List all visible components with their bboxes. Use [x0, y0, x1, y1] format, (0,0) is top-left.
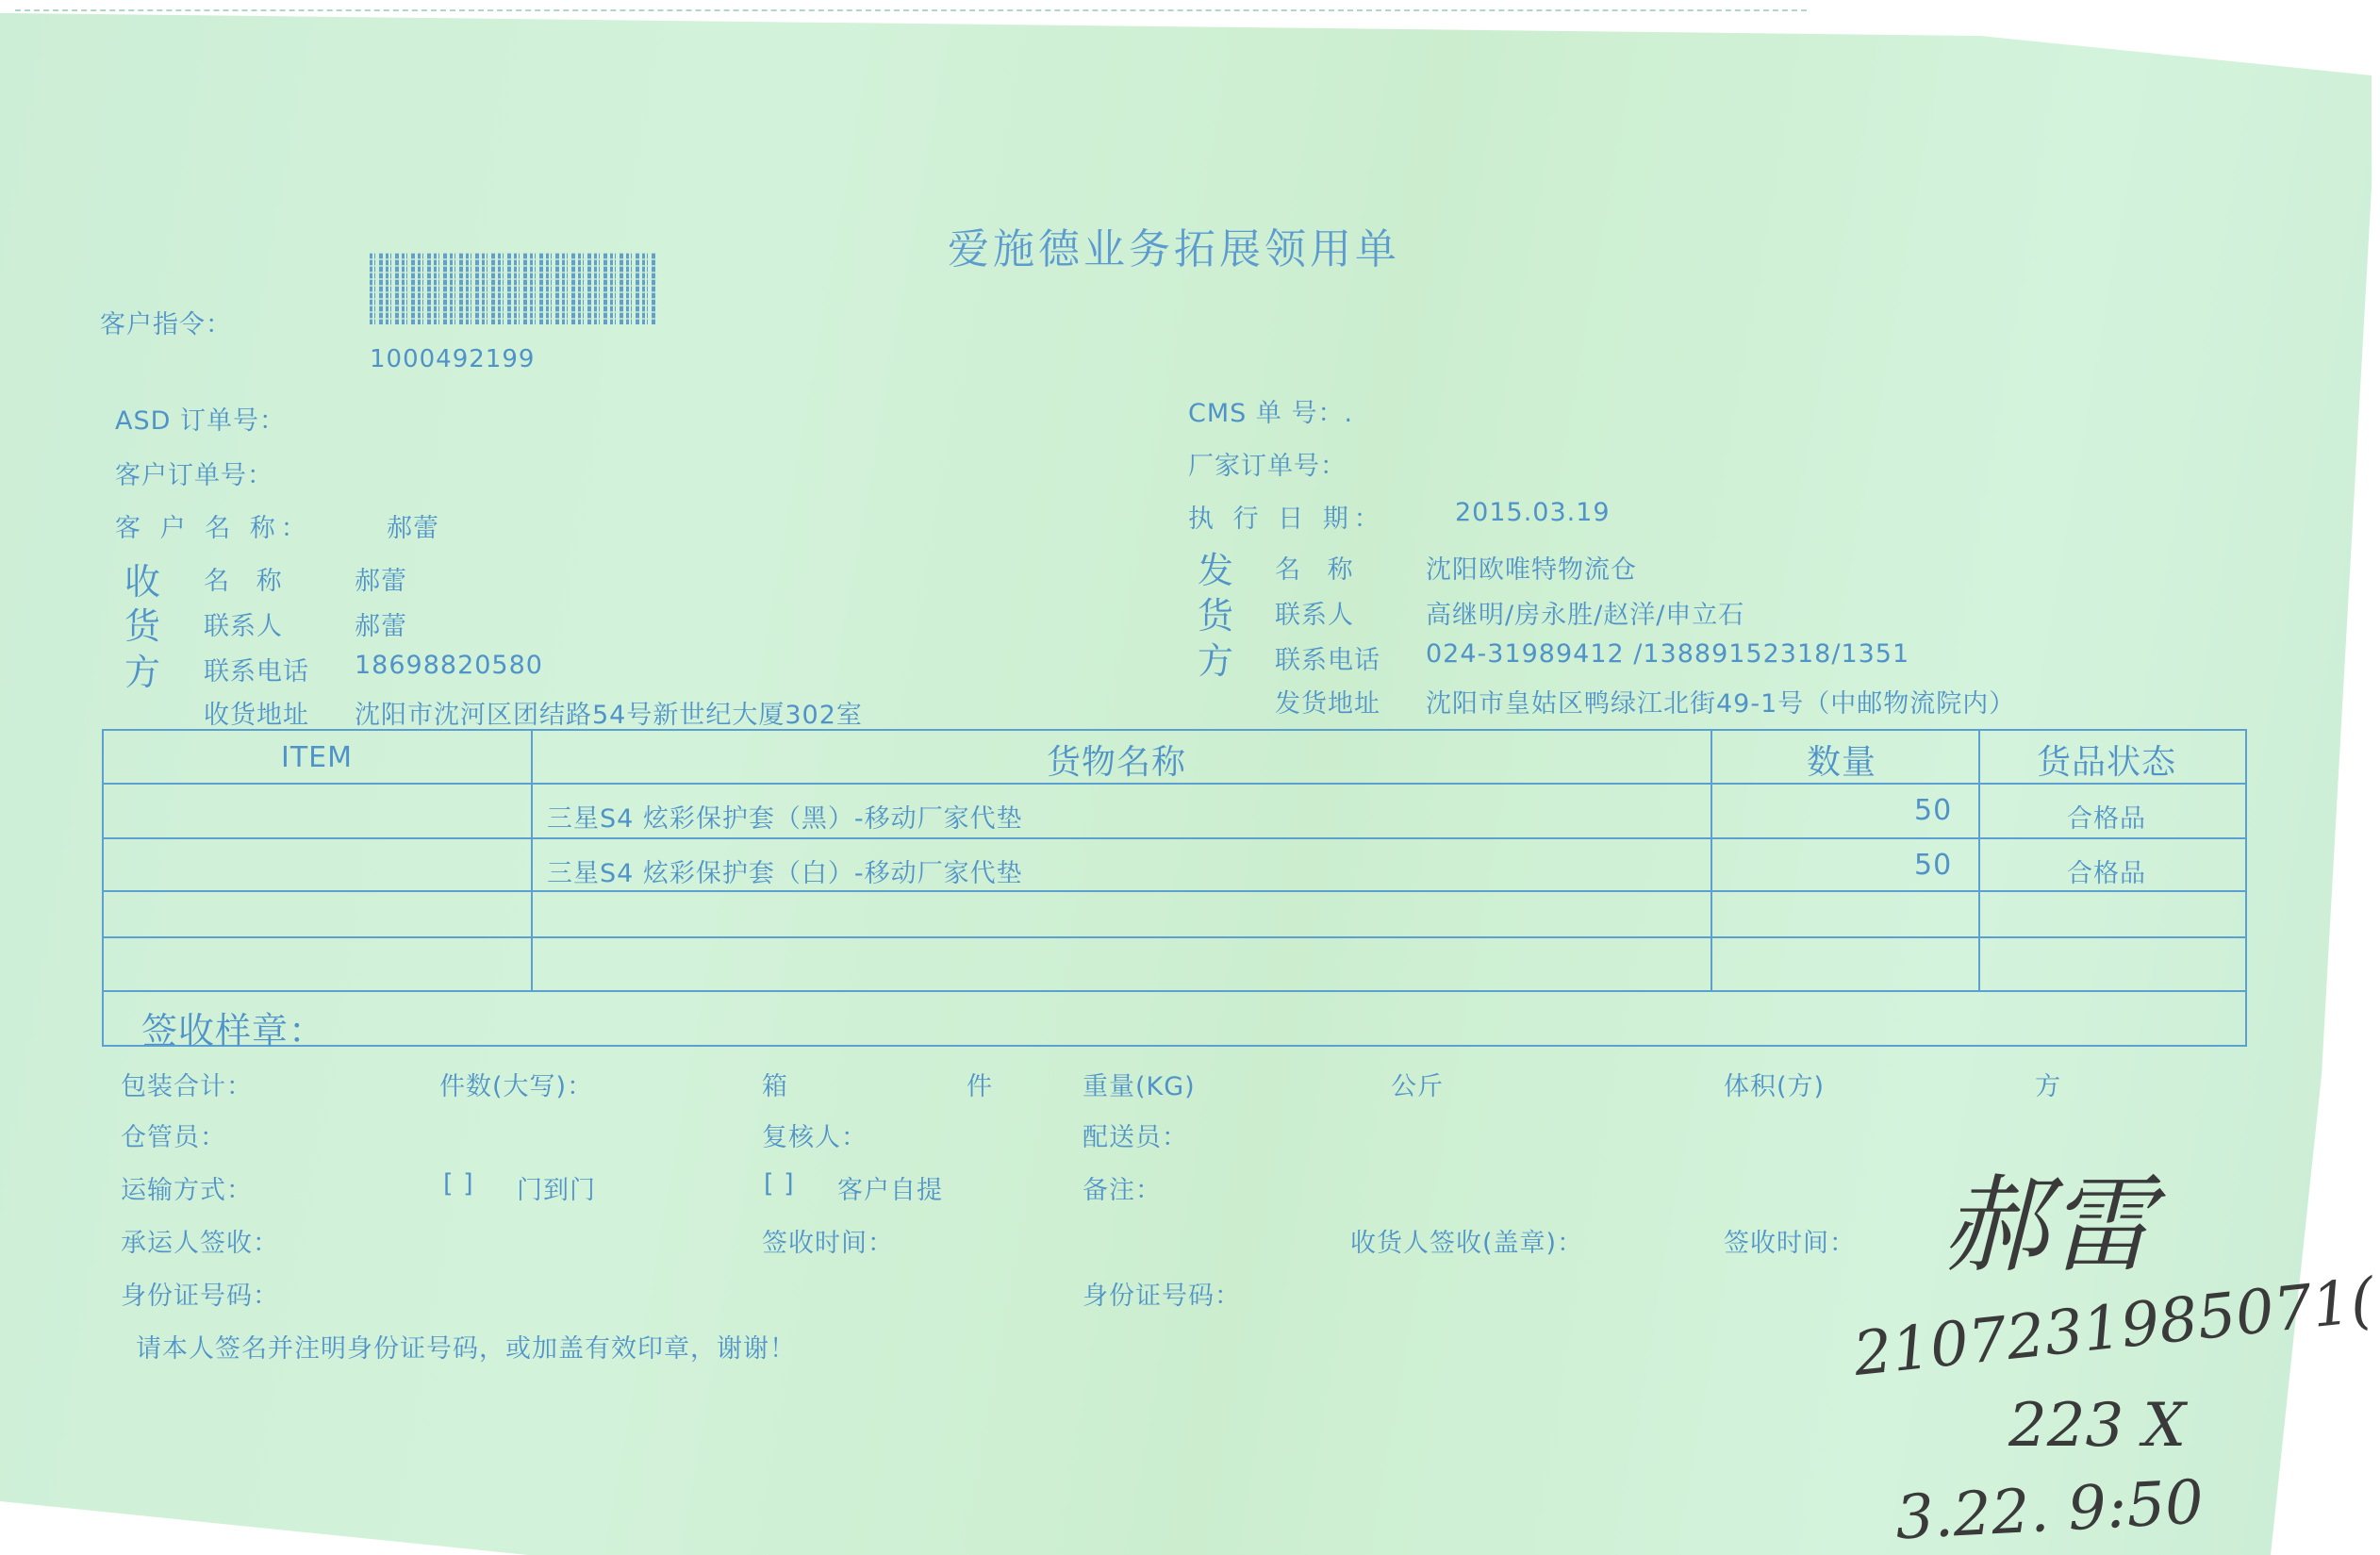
carrier-id-label: 身份证号码： — [121, 1275, 279, 1312]
carrier-sign-label: 承运人签收： — [121, 1222, 279, 1259]
factory-order-label: 厂家订单号： — [1188, 445, 1347, 482]
receiver-phone-value: 18698820580 — [355, 651, 543, 680]
sender-phone-label: 联系电话 — [1275, 639, 1380, 676]
status-cell: 合格品 — [2067, 798, 2146, 835]
receiver-contact-label: 联系人 — [204, 605, 283, 642]
delivery-person-label: 配送员： — [1083, 1117, 1188, 1153]
sender-side-char-3: 方 — [1198, 632, 1234, 684]
cms-label: CMS 单 号：. — [1188, 392, 1353, 429]
pieces-label: 件数(大写)： — [439, 1066, 593, 1102]
goods-name-cell: 三星S4 炫彩保护套（白）-移动厂家代垫 — [547, 852, 1023, 889]
goods-name-cell: 三星S4 炫彩保护套（黑）-移动厂家代垫 — [547, 798, 1023, 835]
weight-unit: 公斤 — [1391, 1066, 1444, 1102]
consignee-sign-label: 收货人签收(盖章)： — [1350, 1222, 1583, 1259]
quantity-cell: 50 — [1914, 794, 1952, 827]
piece-unit: 件 — [967, 1066, 993, 1102]
exec-date-label: 执 行 日 期： — [1188, 498, 1385, 535]
form-title: 爱施德业务拓展领用单 — [948, 215, 1400, 275]
receiver-side-char-3: 方 — [124, 643, 161, 695]
carrier-sign-time-label: 签收时间： — [762, 1222, 894, 1259]
sender-contact-label: 联系人 — [1275, 594, 1354, 631]
door-to-door-checkbox[interactable]: [ ] — [443, 1169, 474, 1199]
signature-notice: 请本人签名并注明身份证号码，或加盖有效印章，谢谢！ — [136, 1328, 796, 1365]
self-pickup-label: 客户自提 — [837, 1169, 943, 1206]
table-row-divider — [102, 936, 2246, 938]
signature-stamp-label: 签收样章： — [141, 1001, 325, 1053]
box-unit: 箱 — [762, 1066, 788, 1102]
customer-name-label: 客 户 名 称： — [115, 507, 312, 544]
status-cell: 合格品 — [2067, 852, 2146, 889]
weight-label: 重量(KG) — [1083, 1066, 1196, 1102]
table-border-left — [102, 729, 104, 1047]
transport-method-label: 运输方式： — [121, 1169, 253, 1206]
table-col-divider — [1978, 729, 1980, 992]
receiver-name-label: 名 称 — [204, 560, 291, 597]
sender-phone-value: 024-31989412 /13889152318/1351 — [1426, 639, 1909, 669]
volume-label: 体积(方) — [1724, 1066, 1825, 1102]
consignee-sign-time-label: 签收时间： — [1724, 1222, 1856, 1259]
quantity-cell: 50 — [1914, 849, 1952, 882]
sender-name-label: 名 称 — [1275, 549, 1363, 586]
reviewer-label: 复核人： — [762, 1117, 868, 1153]
sender-side-char-2: 货 — [1198, 587, 1234, 638]
column-header-item: ITEM — [281, 741, 353, 774]
table-col-divider — [1711, 729, 1712, 992]
sender-address-label: 发货地址 — [1275, 683, 1380, 720]
barcode-number: 1000492199 — [370, 345, 535, 373]
warehouse-keeper-label: 仓管员： — [121, 1117, 226, 1153]
remarks-label: 备注： — [1083, 1169, 1162, 1206]
receiver-address-value: 沈阳市沈河区团结路54号新世纪大厦302室 — [355, 694, 863, 731]
asd-order-label: ASD 订单号： — [115, 400, 286, 437]
table-row-divider — [102, 990, 2246, 992]
receiver-phone-label: 联系电话 — [204, 651, 309, 687]
table-border-right — [2245, 729, 2247, 1047]
customer-instruction-label: 客户指令： — [100, 304, 232, 340]
table-row-divider — [102, 890, 2246, 892]
package-total-label: 包装合计： — [121, 1066, 253, 1102]
sender-contact-value: 高继明/房永胜/赵洋/申立石 — [1426, 594, 1744, 631]
self-pickup-checkbox[interactable]: [ ] — [764, 1169, 795, 1199]
customer-name-value: 郝蕾 — [387, 507, 439, 544]
sender-name-value: 沈阳欧唯特物流仓 — [1426, 549, 1637, 586]
column-header-quantity: 数量 — [1807, 736, 1876, 784]
handwritten-signature: 郝雷 — [1942, 1141, 2154, 1293]
table-col-divider — [531, 729, 533, 992]
consignee-id-label: 身份证号码： — [1083, 1275, 1241, 1312]
table-border-top — [102, 729, 2246, 731]
barcode — [370, 253, 657, 324]
volume-unit: 方 — [2035, 1066, 2061, 1102]
sender-side-char-1: 发 — [1198, 541, 1234, 593]
receiver-side-char-2: 货 — [124, 597, 161, 649]
sender-address-value: 沈阳市皇姑区鸭绿江北街49-1号（中邮物流院内） — [1426, 683, 2015, 720]
exec-date-value: 2015.03.19 — [1455, 498, 1611, 527]
table-row-divider — [102, 837, 2246, 839]
table-border-bottom — [102, 1045, 2246, 1047]
receiver-name-value: 郝蕾 — [355, 560, 407, 597]
column-header-status: 货品状态 — [2037, 736, 2176, 784]
column-header-goods-name: 货物名称 — [1047, 736, 1186, 784]
customer-order-label: 客户订单号： — [115, 455, 273, 491]
handwritten-id-line-2: 223 X — [2008, 1391, 2186, 1461]
door-to-door-label: 门到门 — [517, 1169, 596, 1206]
perforated-edge — [15, 9, 1807, 13]
receiver-address-label: 收货地址 — [204, 694, 309, 731]
receiver-contact-value: 郝蕾 — [355, 605, 407, 642]
